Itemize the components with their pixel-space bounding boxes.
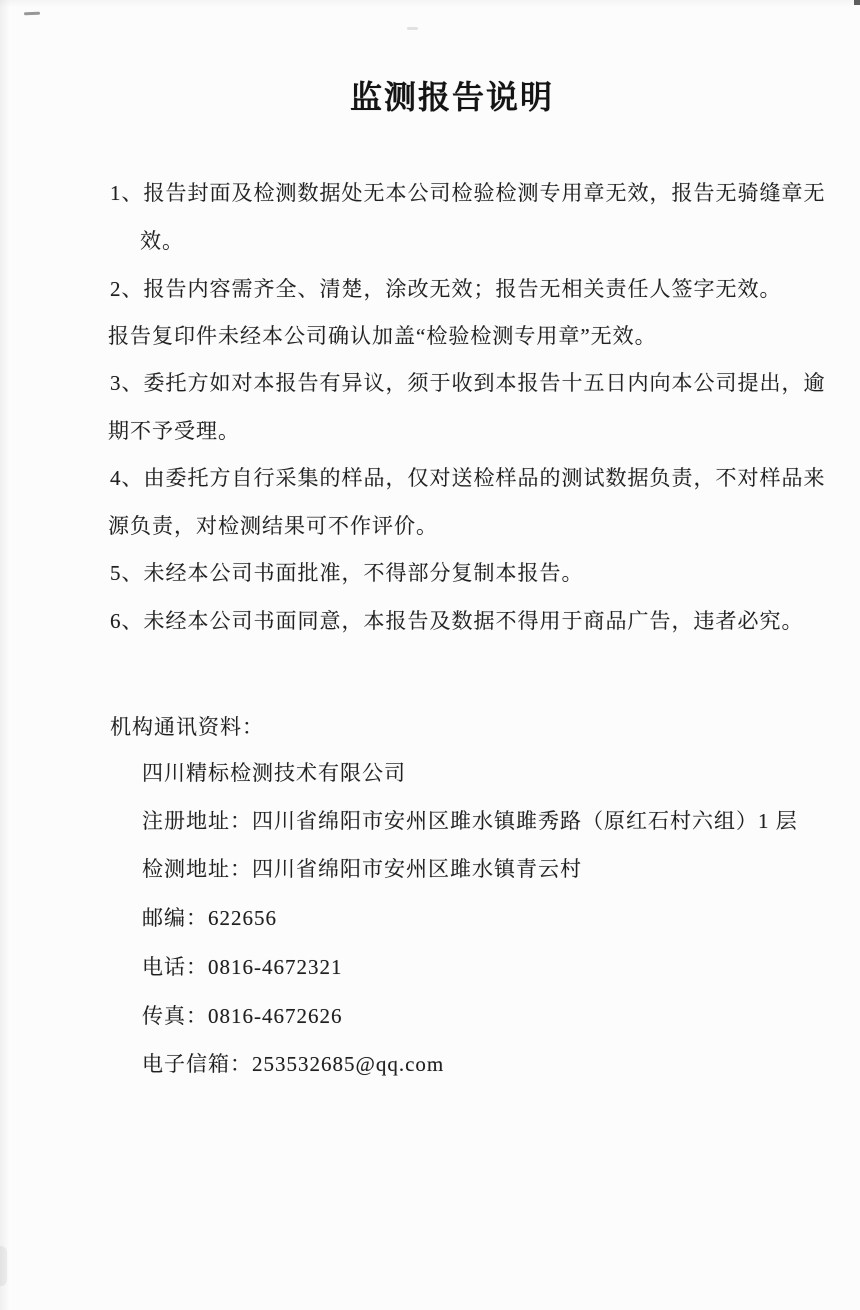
scan-edge-shadow-left	[0, 0, 10, 1310]
note-line-1-cont: 效。	[140, 229, 184, 253]
page-title: 监测报告说明	[350, 72, 554, 118]
contact-email: 电子信箱：253532685@qq.com	[142, 1052, 444, 1076]
note-line-6: 6、未经本公司书面同意，本报告及数据不得用于商品广告，违者必究。	[110, 609, 804, 633]
scanned-report-page: 监测报告说明 1、报告封面及检测数据处无本公司检验检测专用章无效，报告无骑缝章无…	[0, 0, 860, 1310]
note-line-5: 5、未经本公司书面批准，不得部分复制本报告。	[110, 561, 584, 585]
note-line-4: 4、由委托方自行采集的样品，仅对送检样品的测试数据负责，不对样品来	[110, 466, 826, 490]
contact-registered-address: 注册地址：四川省绵阳市安州区雎水镇雎秀路（原红石村六组）1 层	[142, 809, 798, 833]
contact-phone: 电话：0816-4672321	[142, 955, 343, 979]
scan-speck	[854, 0, 860, 5]
contact-testing-address: 检测地址：四川省绵阳市安州区雎水镇青云村	[142, 857, 582, 881]
note-line-4-cont: 源负责，对检测结果可不作评价。	[108, 514, 438, 538]
contact-heading: 机构通讯资料：	[110, 715, 264, 739]
scan-speck	[24, 12, 40, 16]
note-line-2-cont: 报告复印件未经本公司确认加盖“检验检测专用章”无效。	[108, 324, 657, 348]
note-line-1: 1、报告封面及检测数据处无本公司检验检测专用章无效，报告无骑缝章无	[110, 181, 826, 205]
note-line-3: 3、委托方如对本报告有异议，须于收到本报告十五日内向本公司提出，逾	[110, 371, 826, 395]
contact-company-name: 四川精标检测技术有限公司	[142, 761, 406, 785]
contact-postal-code: 邮编：622656	[142, 906, 277, 930]
note-line-3-cont: 期不予受理。	[108, 419, 240, 443]
scan-smudge	[0, 1246, 7, 1286]
scan-speck	[407, 27, 418, 30]
contact-fax: 传真：0816-4672626	[142, 1004, 343, 1028]
note-line-2: 2、报告内容需齐全、清楚，涂改无效；报告无相关责任人签字无效。	[110, 277, 782, 301]
scan-edge-shadow-top	[0, 0, 860, 7]
